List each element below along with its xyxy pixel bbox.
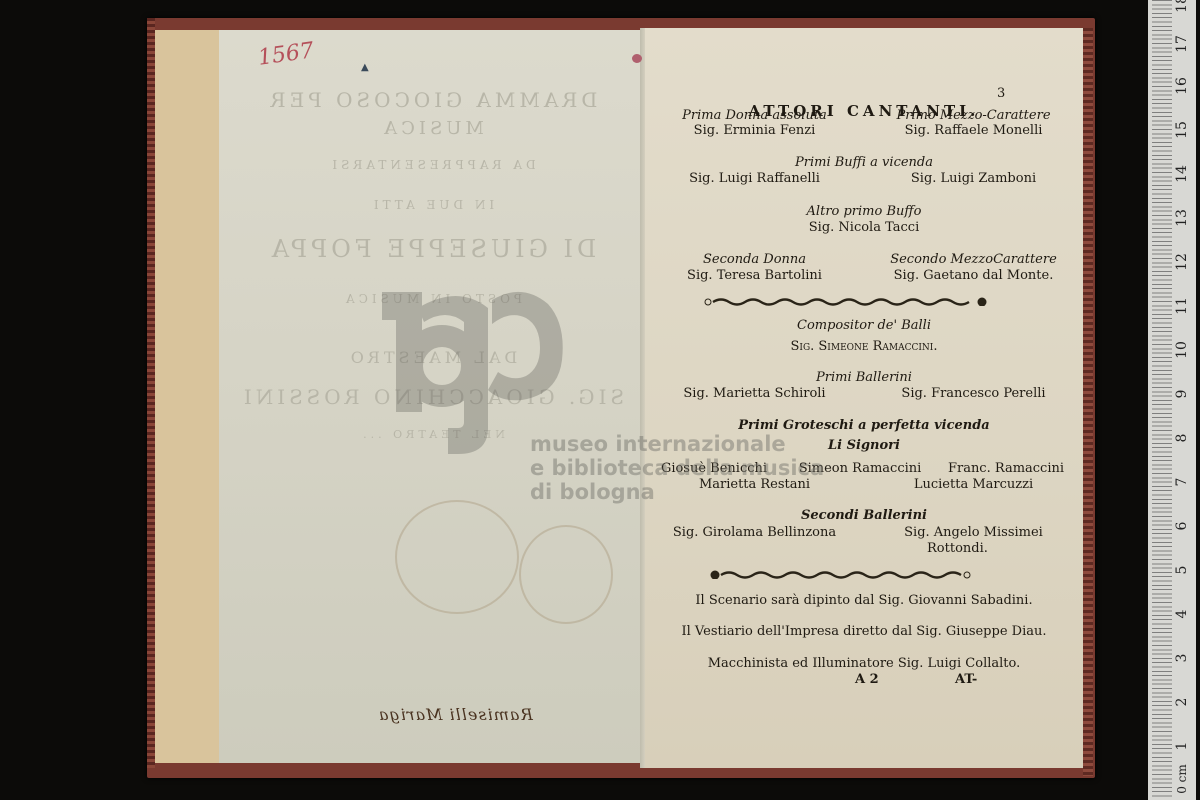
ruler-label: 15 bbox=[1174, 118, 1190, 142]
performer-name: Sig. Girolama Bellinzona bbox=[645, 525, 864, 540]
wavy-divider-ornament bbox=[709, 569, 974, 579]
handwritten-note: Ramiselli Mariga bbox=[378, 705, 533, 724]
red-stain bbox=[632, 54, 642, 63]
ruler-label: 1 bbox=[1174, 734, 1190, 758]
ruler-label: 6 bbox=[1174, 514, 1190, 538]
credit-line: Il Vestiario dell'Impresa diretto dal Si… bbox=[645, 624, 1083, 639]
library-stamp-faded bbox=[395, 500, 519, 614]
wavy-divider-ornament bbox=[703, 296, 988, 306]
cast-row-1-roles: Prima Donna assoluta Primo Mezzo-Caratte… bbox=[645, 108, 1083, 123]
role-label: Prima Donna assoluta bbox=[645, 108, 864, 123]
measurement-ruler: 0 cm 1 2 3 4 5 6 7 8 9 10 11 12 13 14 15… bbox=[1148, 0, 1196, 800]
performer-name: Sig. Nicola Tacci bbox=[645, 220, 1083, 235]
ruler-label: 2 bbox=[1174, 690, 1190, 714]
watermark-line: e biblioteca della musica bbox=[530, 456, 824, 480]
watermark-line: museo internazionale bbox=[530, 432, 824, 456]
flyleaf bbox=[155, 30, 221, 763]
watermark-line: di bologna bbox=[530, 480, 824, 504]
showthrough-line: DA RAPPRESENTARSI bbox=[219, 158, 645, 172]
ruler-label: 12 bbox=[1174, 250, 1190, 274]
performer-name: Sig. Raffaele Monelli bbox=[864, 123, 1083, 138]
performer-name: Sig. Francesco Perelli bbox=[864, 386, 1083, 401]
ruler-label: 17 bbox=[1174, 32, 1190, 56]
role-label: Secondi Ballerini bbox=[645, 508, 1083, 523]
ruler-label: 0 cm bbox=[1175, 759, 1189, 799]
role-label: Primo Mezzo-Carattere bbox=[864, 108, 1083, 123]
ruler-label: 8 bbox=[1174, 426, 1190, 450]
role-label: Primi Ballerini bbox=[645, 370, 1083, 385]
ruler-label: 11 bbox=[1174, 294, 1190, 318]
performer-name: Sig. Simeone Ramaccini. bbox=[645, 339, 1083, 354]
role-label: Primi Buffi a vicenda bbox=[645, 155, 1083, 170]
cast-row-4-roles: Seconda Donna Secondo MezzoCarattere bbox=[645, 252, 1083, 267]
binding-edge-right bbox=[1083, 28, 1093, 776]
ruler-label: 7 bbox=[1174, 470, 1190, 494]
ruler-label: 16 bbox=[1174, 74, 1190, 98]
cast-row-4-names: Sig. Teresa Bartolini Sig. Gaetano dal M… bbox=[645, 268, 1083, 283]
credit-line: Macchinista ed Illuminatore Sig. Luigi C… bbox=[645, 656, 1083, 671]
performer-name: Lucietta Marcuzzi bbox=[864, 477, 1083, 492]
watermark-text: museo internazionale e biblioteca della … bbox=[530, 432, 824, 504]
ruler-label: 4 bbox=[1174, 602, 1190, 626]
cast-row-2-names: Sig. Luigi Raffanelli Sig. Luigi Zamboni bbox=[645, 171, 1083, 186]
credit-line: Il Scenario sarà dipinto dal Sig. Giovan… bbox=[645, 593, 1083, 608]
page-number: 3 bbox=[997, 86, 1005, 101]
role-label: Compositor de' Balli bbox=[645, 318, 1083, 333]
secondi-ballerini-names: Sig. Girolama Bellinzona Sig. Angelo Mis… bbox=[645, 525, 1083, 540]
performer-name: Sig. Erminia Fenzi bbox=[645, 123, 864, 138]
right-page: 3 ATTORI CANTANTI. Prima Donna assoluta … bbox=[645, 28, 1083, 768]
showthrough-line: DI GIUSEPPE FOPPA bbox=[219, 235, 645, 263]
role-label: Seconda Donna bbox=[645, 252, 864, 267]
performer-name: Sig. Teresa Bartolini bbox=[645, 268, 864, 283]
role-label: Secondo MezzoCarattere bbox=[864, 252, 1083, 267]
catchword: AT- bbox=[955, 672, 977, 687]
ruler-label: 9 bbox=[1174, 382, 1190, 406]
showthrough-line: DRAMMA GIOCOSO PER bbox=[219, 88, 645, 112]
binding-edge-left bbox=[147, 18, 155, 768]
ruler-label: 18 bbox=[1174, 0, 1190, 16]
performer-name: Sig. Marietta Schiroli bbox=[645, 386, 864, 401]
performer-name: Sig. Gaetano dal Monte. bbox=[864, 268, 1083, 283]
performer-name: Rottondi. bbox=[927, 541, 988, 556]
performer-name: Sig. Angelo Missimei bbox=[864, 525, 1083, 540]
role-label: Altro primo Buffo bbox=[645, 204, 1083, 219]
showthrough-line: MUSICA bbox=[219, 118, 645, 139]
library-stamp-faded bbox=[519, 525, 613, 624]
cast-row-1-names: Sig. Erminia Fenzi Sig. Raffaele Monelli bbox=[645, 123, 1083, 138]
signature-mark: A 2 bbox=[855, 672, 879, 687]
primi-ballerini-names: Sig. Marietta Schiroli Sig. Francesco Pe… bbox=[645, 386, 1083, 401]
performer-name: Franc. Ramaccini bbox=[933, 461, 1079, 476]
performer-name: Sig. Luigi Zamboni bbox=[864, 171, 1083, 186]
ruler-label: 3 bbox=[1174, 646, 1190, 670]
ruler-ticks bbox=[1152, 0, 1172, 800]
performer-name: Sig. Luigi Raffanelli bbox=[645, 171, 864, 186]
ink-mark: ▲ bbox=[361, 62, 369, 73]
ruler-label: 14 bbox=[1174, 162, 1190, 186]
showthrough-line: IN DUE ATTI bbox=[219, 198, 645, 212]
ruler-label: 10 bbox=[1174, 338, 1190, 362]
ruler-label: 5 bbox=[1174, 558, 1190, 582]
ruler-label: 13 bbox=[1174, 206, 1190, 230]
role-label: Primi Groteschi a perfetta vicenda bbox=[645, 418, 1083, 433]
